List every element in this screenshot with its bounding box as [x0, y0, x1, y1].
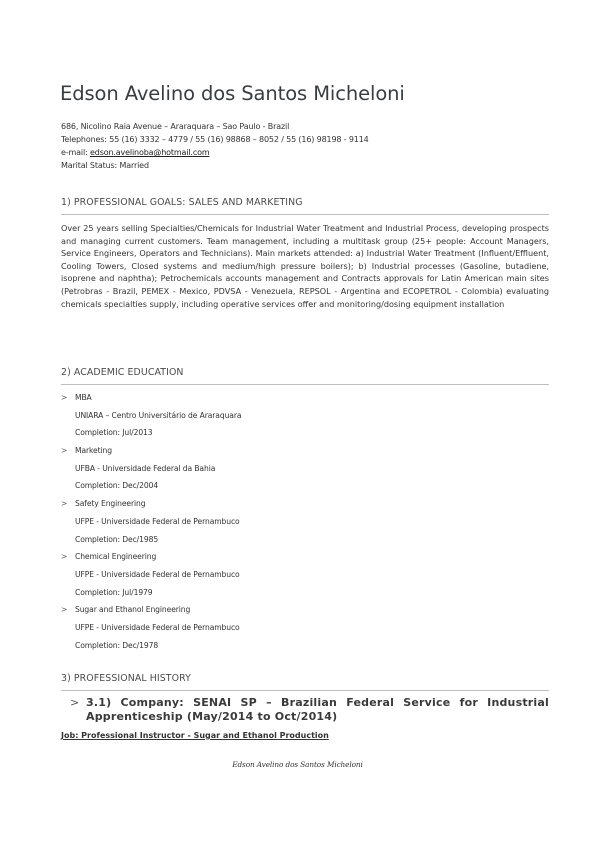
- goals-paragraph: Over 25 years selling Specialties/Chemic…: [61, 222, 549, 310]
- email-link[interactable]: edson.avelinoba@hotmail.com: [90, 148, 209, 157]
- chevron-right-icon: >: [70, 696, 79, 710]
- institution: UFPE - Universidade Federal de Pernambuc…: [75, 517, 240, 526]
- marital-status-label: Marital Status:: [61, 161, 117, 170]
- section-divider: [61, 690, 549, 691]
- degree: Sugar and Ethanol Engineering: [75, 605, 190, 614]
- marital-status-value: Married: [119, 161, 148, 170]
- section-heading-goals: 1) PROFESSIONAL GOALS: SALES AND MARKETI…: [61, 197, 549, 208]
- email-label: e-mail:: [61, 148, 88, 157]
- candidate-name: Edson Avelino dos Santos Micheloni: [60, 82, 405, 105]
- address: 686, Nicolino Raia Avenue – Araraquara –…: [61, 120, 369, 133]
- institution: UFPE - Universidade Federal de Pernambuc…: [75, 623, 240, 632]
- education-item: >MBA UNIARA – Centro Universitário de Ar…: [61, 391, 549, 444]
- contact-block: 686, Nicolino Raia Avenue – Araraquara –…: [61, 120, 369, 172]
- section-divider: [61, 214, 549, 215]
- education-item: >Chemical Engineering UFPE - Universidad…: [61, 550, 549, 603]
- section-divider: [61, 384, 549, 385]
- telephones-value: 55 (16) 3332 – 4779 / 55 (16) 98868 – 80…: [109, 135, 368, 144]
- telephones-line: Telephones: 55 (16) 3332 – 4779 / 55 (16…: [61, 133, 369, 146]
- company-title: 3.1) Company: SENAI SP – Brazilian Feder…: [86, 696, 549, 724]
- completion: Completion: Jul/1979: [75, 588, 153, 597]
- resume-page: Edson Avelino dos Santos Micheloni 686, …: [0, 0, 595, 842]
- section-heading-history: 3) PROFESSIONAL HISTORY: [61, 673, 549, 684]
- institution: UFBA - Universidade Federal da Bahia: [75, 464, 215, 473]
- telephones-label: Telephones:: [61, 135, 107, 144]
- degree: Safety Engineering: [75, 499, 145, 508]
- completion: Completion: Dec/1978: [75, 641, 158, 650]
- chevron-right-icon: >: [61, 444, 67, 457]
- chevron-right-icon: >: [61, 497, 67, 510]
- chevron-right-icon: >: [61, 550, 67, 563]
- education-item: >Safety Engineering UFPE - Universidade …: [61, 497, 549, 550]
- education-item: >Marketing UFBA - Universidade Federal d…: [61, 444, 549, 497]
- job-title: Job: Professional Instructor - Sugar and…: [61, 731, 329, 740]
- degree: Chemical Engineering: [75, 552, 156, 561]
- marital-status-line: Marital Status: Married: [61, 159, 369, 172]
- institution: UNIARA – Centro Universitário de Araraqu…: [75, 411, 241, 420]
- page-footer: Edson Avelino dos Santos Micheloni: [0, 760, 595, 769]
- degree: Marketing: [75, 446, 112, 455]
- degree: MBA: [75, 393, 92, 402]
- completion: Completion: Dec/1985: [75, 535, 158, 544]
- section-heading-education: 2) ACADEMIC EDUCATION: [61, 367, 549, 378]
- completion: Completion: Dec/2004: [75, 481, 158, 490]
- institution: UFPE - Universidade Federal de Pernambuc…: [75, 570, 240, 579]
- completion: Completion: Jul/2013: [75, 428, 153, 437]
- email-line: e-mail: edson.avelinoba@hotmail.com: [61, 146, 369, 159]
- chevron-right-icon: >: [61, 391, 67, 404]
- chevron-right-icon: >: [61, 603, 67, 616]
- education-list: >MBA UNIARA – Centro Universitário de Ar…: [61, 391, 549, 656]
- education-item: >Sugar and Ethanol Engineering UFPE - Un…: [61, 603, 549, 656]
- company-entry: > 3.1) Company: SENAI SP – Brazilian Fed…: [70, 696, 549, 724]
